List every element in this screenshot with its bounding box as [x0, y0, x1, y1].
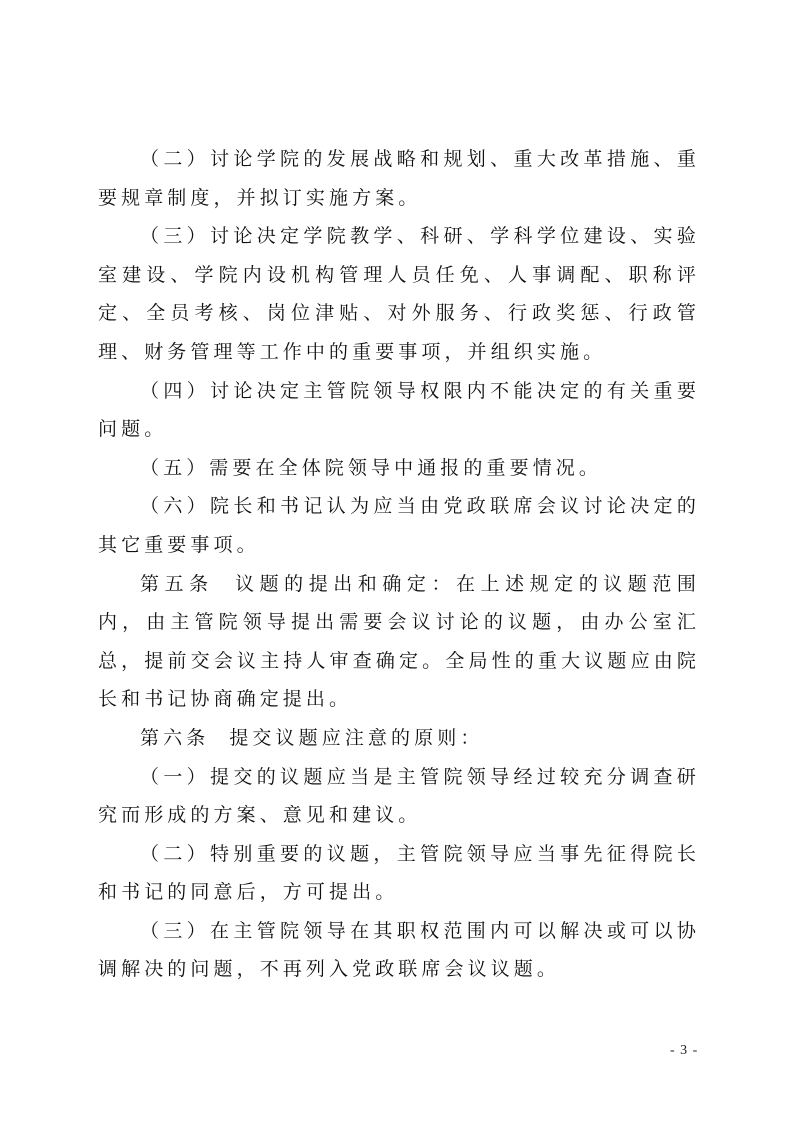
paragraph-principle-1: （一）提交的议题应当是主管院领导经过较充分调查研究而形成的方案、意见和建议。 — [98, 758, 700, 835]
paragraph-item-3: （三）讨论决定学院教学、科研、学科学位建设、实验室建设、学院内设机构管理人员任免… — [98, 217, 700, 371]
page-number: - 3 - — [670, 1043, 698, 1059]
paragraph-item-5: （五）需要在全体院领导中通报的重要情况。 — [98, 449, 700, 488]
article-5: 第五条议题的提出和确定：在上述规定的议题范围内，由主管院领导提出需要会议讨论的议… — [98, 565, 700, 719]
paragraph-principle-2: （二）特别重要的议题，主管院领导应当事先征得院长和书记的同意后，方可提出。 — [98, 835, 700, 912]
document-body: （二）讨论学院的发展战略和规划、重大改革措施、重要规章制度，并拟订实施方案。 （… — [98, 140, 700, 989]
paragraph-principle-3: （三）在主管院领导在其职权范围内可以解决或可以协调解决的问题，不再列入党政联席会… — [98, 912, 700, 989]
article-5-label: 第五条 — [140, 573, 214, 595]
article-6-text: 提交议题应注意的原则： — [229, 727, 483, 749]
paragraph-item-6: （六）院长和书记认为应当由党政联席会议讨论决定的其它重要事项。 — [98, 487, 700, 564]
article-6: 第六条提交议题应注意的原则： — [98, 719, 700, 758]
document-page: （二）讨论学院的发展战略和规划、重大改革措施、重要规章制度，并拟订实施方案。 （… — [0, 0, 793, 1122]
paragraph-item-4: （四）讨论决定主管院领导权限内不能决定的有关重要问题。 — [98, 372, 700, 449]
paragraph-item-2: （二）讨论学院的发展战略和规划、重大改革措施、重要规章制度，并拟订实施方案。 — [98, 140, 700, 217]
article-6-label: 第六条 — [140, 727, 209, 749]
